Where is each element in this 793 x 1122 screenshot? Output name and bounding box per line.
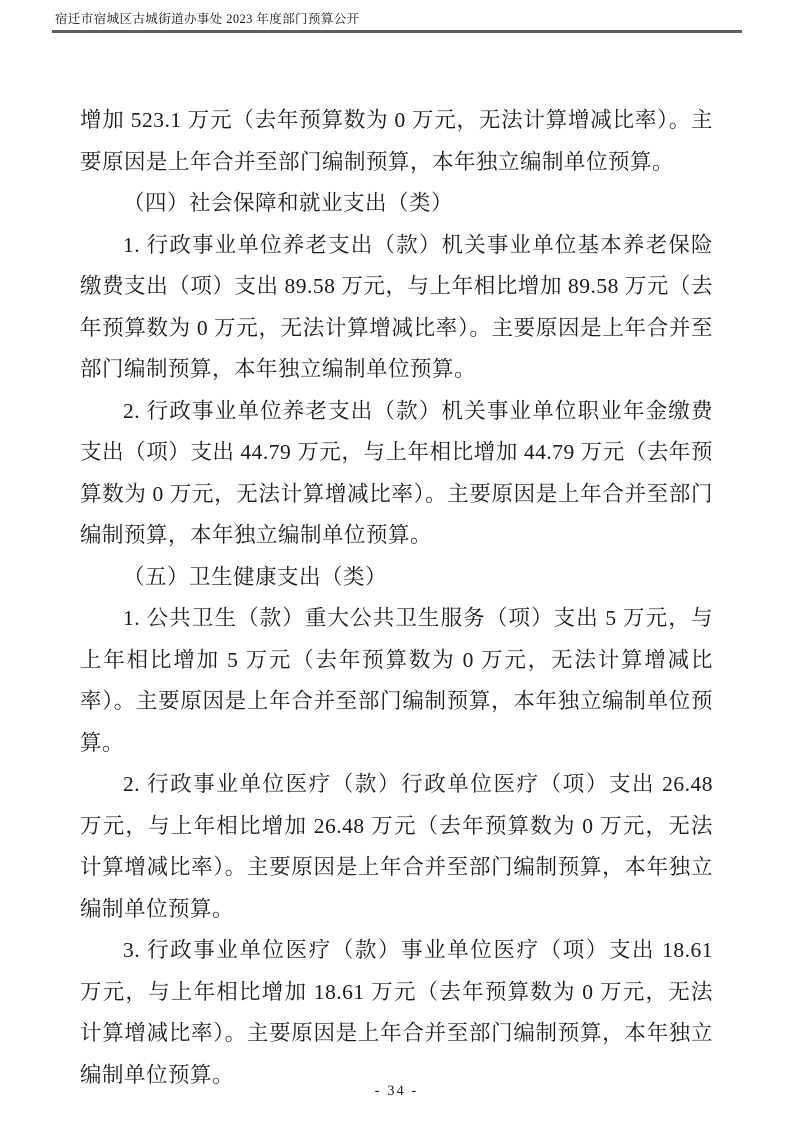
- paragraph-medical-admin-unit: 2. 行政事业单位医疗（款）行政单位医疗（项）支出 26.48 万元，与上年相比…: [80, 764, 713, 930]
- page-footer: - 34 -: [0, 1082, 793, 1100]
- paragraph-pension-basic-insurance: 1. 行政事业单位养老支出（款）机关事业单位基本养老保险缴费支出（项）支出 89…: [80, 225, 713, 391]
- document-body: 增加 523.1 万元（去年预算数为 0 万元，无法计算增减比率）。主要原因是上…: [80, 100, 713, 1096]
- paragraph-medical-institution-unit: 3. 行政事业单位医疗（款）事业单位医疗（项）支出 18.61 万元，与上年相比…: [80, 930, 713, 1096]
- header-rule: [52, 30, 742, 33]
- page-header: 宿迁市宿城区古城街道办事处 2023 年度部门预算公开: [52, 10, 742, 33]
- section-heading-social-security: （四）社会保障和就业支出（类）: [80, 183, 713, 225]
- paragraph-continuation: 增加 523.1 万元（去年预算数为 0 万元，无法计算增减比率）。主要原因是上…: [80, 100, 713, 183]
- page-number: - 34 -: [375, 1083, 418, 1099]
- section-heading-health: （五）卫生健康支出（类）: [80, 557, 713, 599]
- paragraph-pension-annuity: 2. 行政事业单位养老支出（款）机关事业单位职业年金缴费支出（项）支出 44.7…: [80, 391, 713, 557]
- document-page: 宿迁市宿城区古城街道办事处 2023 年度部门预算公开 增加 523.1 万元（…: [0, 0, 793, 1122]
- paragraph-public-health: 1. 公共卫生（款）重大公共卫生服务（项）支出 5 万元，与上年相比增加 5 万…: [80, 598, 713, 764]
- header-title: 宿迁市宿城区古城街道办事处 2023 年度部门预算公开: [52, 10, 742, 28]
